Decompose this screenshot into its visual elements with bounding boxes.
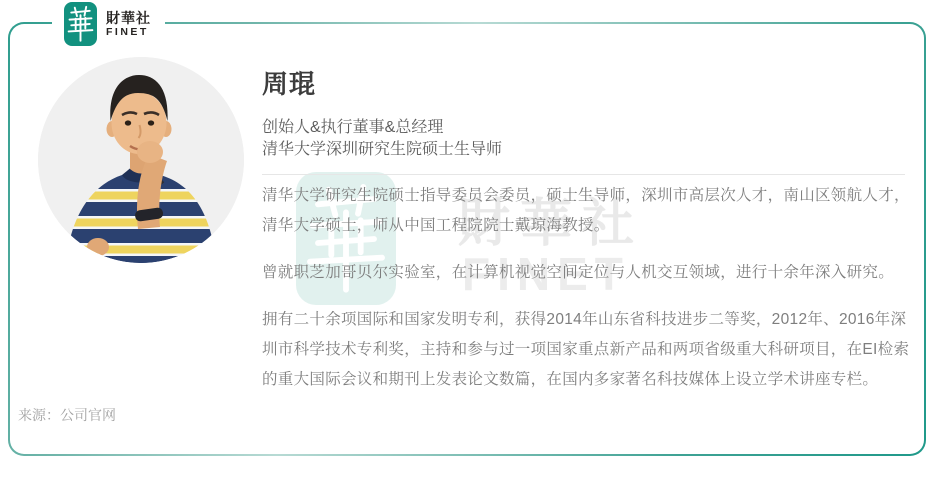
bio-paragraph: 清华大学研究生院硕士指导委员会委员，硕士生导师，深圳市高层次人才，南山区领航人才… (262, 181, 912, 241)
brand-logo: 財華社 FINET (52, 0, 165, 48)
hua-glyph-icon (66, 4, 95, 44)
profile-card: 財華社 FINET 財華社 FINET (0, 0, 933, 478)
person-photo (38, 57, 244, 263)
brand-text: 財華社 FINET (106, 11, 151, 38)
bio-paragraph: 曾就职芝加哥贝尔实验室，在计算机视觉空间定位与人机交互领域，进行十余年深入研究。 (262, 258, 912, 288)
profile-role-line: 创始人&执行董事&总经理 (262, 117, 502, 139)
bio-paragraph: 拥有二十余项国际和国家发明专利，获得2014年山东省科技进步二等奖，2012年、… (262, 305, 912, 395)
divider (262, 174, 905, 175)
brand-name-en: FINET (106, 26, 151, 38)
profile-role-line: 清华大学深圳研究生院硕士生导师 (262, 139, 502, 161)
profile-name: 周琨 (262, 64, 316, 101)
profile-roles: 创始人&执行董事&总经理 清华大学深圳研究生院硕士生导师 (262, 117, 502, 161)
avatar (38, 57, 244, 263)
profile-bio: 清华大学研究生院硕士指导委员会委员，硕士生导师，深圳市高层次人才，南山区领航人才… (262, 181, 912, 412)
brand-name-cn: 財華社 (106, 11, 151, 26)
brand-logo-icon (64, 2, 97, 46)
source-note: 来源：公司官网 (18, 405, 116, 425)
